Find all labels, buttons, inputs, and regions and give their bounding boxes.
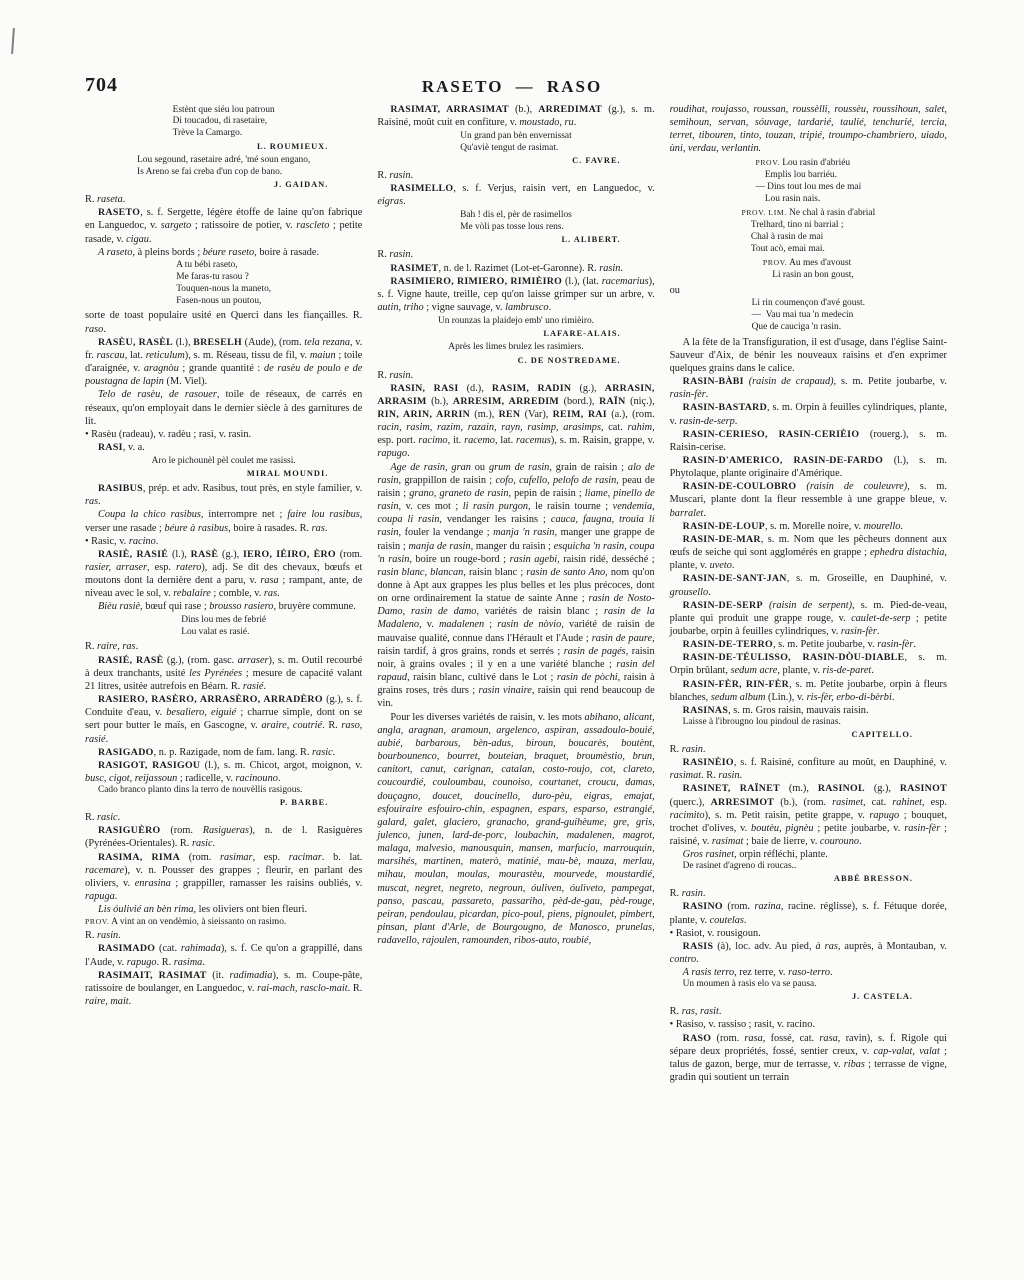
entry-paragraph: A la fête de la Transfiguration, il est …: [670, 336, 947, 375]
verse-lines: A tu bébi raseto,Me faras-tu rasou ?Touq…: [176, 260, 271, 308]
entry-paragraph: RASIÉ, RASÈ (g.), (rom. gasc. arraser), …: [85, 654, 362, 693]
paragraph: roudihat, roujasso, roussan, roussèlli, …: [670, 103, 947, 156]
entry-paragraph: RASINO (rom. razina, racine. réglisse), …: [670, 900, 947, 926]
paragraph: sorte de toast populaire usité en Querci…: [85, 309, 362, 335]
verse-lines: Li rin coumençon d'avé goust.— Vau mai t…: [752, 298, 865, 334]
attribution: ABBÉ BRESSON.: [670, 874, 947, 885]
entry-paragraph: RASIN-BÀBI (raisin de crapaud), s. m. Pe…: [670, 375, 947, 401]
entry-paragraph: RASIMELLO, s. f. Verjus, raisin vert, en…: [377, 182, 654, 208]
dictionary-page: 704 RASETO — RASO Estènt que siéu lou pa…: [0, 0, 1024, 1280]
entry-paragraph: RASIMAIT, RASIMAT (it. radimadia), s. m.…: [85, 969, 362, 1008]
entry-paragraph: RASINET, RAÏNET (m.), RASINOL (g.), RASI…: [670, 782, 947, 848]
entry-paragraph: RASIBUS, prép. et adv. Rasibus, tout prè…: [85, 482, 362, 508]
entry-paragraph: Lis óulivié an bèn rima, les oliviers on…: [85, 903, 362, 916]
paragraph: R. raire, ras.: [85, 640, 362, 653]
verse: Un grand pan bèn envernissatQu'aviè teng…: [377, 131, 654, 155]
attribution: L. ROUMIEUX.: [85, 142, 362, 153]
column-middle: RASIMAT, ARRASIMAT (b.), ARREDIMAT (g.),…: [377, 103, 654, 1084]
entry-paragraph: RASIMIERO, RIMIERO, RIMIÈIRO (l.), (lat.…: [377, 275, 654, 314]
entry-paragraph: RASIN-DE-TERRO, s. m. Petite joubarbe, v…: [670, 638, 947, 651]
entry-paragraph: Telo de rasèu, de rasouer, toile de rése…: [85, 388, 362, 427]
entry-paragraph: RASIN-DE-SERP (raisin de serpent), s. m.…: [670, 599, 947, 638]
verse-lines: PROV. LIM. Ne chal à rasin d'abrial Trel…: [741, 207, 875, 256]
entry-paragraph: RASIMET, n. de l. Razimet (Lot-et-Garonn…: [377, 262, 654, 275]
verse: Estènt que siéu lou patrounDi toucadou, …: [85, 105, 362, 141]
paragraph: R. rasic.: [85, 811, 362, 824]
running-title: RASETO — RASO: [0, 77, 1024, 97]
entry-paragraph: RASIS (à), loc. adv. Au pied, à ras, aup…: [670, 940, 947, 966]
verse-lines: Dins lou mes de febriéLou valat es rasié…: [181, 615, 266, 639]
attribution: J. GAIDAN.: [85, 180, 362, 191]
paragraph: • Rasic, v. racino.: [85, 535, 362, 548]
entry-paragraph: A raseto, à pleins bords ; béure raseto,…: [85, 246, 362, 259]
entry-paragraph: RASIN, RASI (d.), RASIM, RADIN (g.), ARR…: [377, 382, 654, 461]
entry-paragraph: Coupa la chico rasibus, interrompre net …: [85, 508, 362, 534]
verse: Après les limes brulez les rasimiers.: [377, 342, 654, 354]
entry-paragraph: RASINÈIO, s. f. Raisiné, confiture au mo…: [670, 756, 947, 782]
paragraph: R. ras, rasit.: [670, 1005, 947, 1018]
proverb-verse: PROV. Lou rasin d'abriéu Emplis lou barr…: [670, 157, 947, 206]
column-left: Estènt que siéu lou patrounDi toucadou, …: [85, 103, 362, 1084]
paragraph: R. rasin.: [377, 369, 654, 382]
quote: De rasinet d'agreno di roucas..: [670, 861, 947, 873]
verse: Bah ! dis el, pèr de rasimellosMe vòli p…: [377, 210, 654, 234]
verse-lines: PROV. Lou rasin d'abriéu Emplis lou barr…: [755, 157, 861, 206]
entry-paragraph: Age de rasin, gran ou grum de rasin, gra…: [377, 461, 654, 711]
verse: Aro le pichounèl pèl coulet me rasissi.: [85, 456, 362, 468]
entry-paragraph: Pour les diverses variétés de raisin, v.…: [377, 711, 654, 948]
entry-paragraph: RASIÈ, RASIÉ (l.), RASÈ (g.), IERO, IÈIR…: [85, 548, 362, 601]
verse-lines: Lou segound, rasetaire adré, 'mé soun en…: [137, 155, 310, 179]
paragraph: • Rasèu (radeau), v. radèu ; rasi, v. ra…: [85, 428, 362, 441]
attribution: C. FAVRE.: [377, 156, 654, 167]
verse: Li rin coumençon d'avé goust.— Vau mai t…: [670, 298, 947, 334]
attribution: MIRAL MOUNDI.: [85, 469, 362, 480]
entry-paragraph: RASO (rom. rasa, fossé, cat. rasa, ravin…: [670, 1032, 947, 1085]
entry-paragraph: RASINAS, s. m. Gros raisin, mauvais rais…: [670, 704, 947, 717]
attribution: CAPITELLO.: [670, 730, 947, 741]
attribution: L. ALIBERT.: [377, 235, 654, 246]
entry-paragraph: RASIGUÈRO (rom. Rasigueras), n. de l. Ra…: [85, 824, 362, 850]
entry-paragraph: RASIN-FÈR, RIN-FÈR, s. m. Petite joubarb…: [670, 678, 947, 704]
verse-lines: Après les limes brulez les rasimiers.: [448, 342, 583, 354]
entry-paragraph: RASIN-DE-MAR, s. m. Nom que les pêcheurs…: [670, 533, 947, 572]
paragraph: • Rasiso, v. rassiso ; rasit, v. racino.: [670, 1018, 947, 1031]
attribution: C. DE NOSTREDAME.: [377, 356, 654, 367]
verse-lines: Un grand pan bèn envernissatQu'aviè teng…: [460, 131, 571, 155]
proverb-verse: PROV. LIM. Ne chal à rasin d'abrial Trel…: [670, 207, 947, 256]
verse: Un rounzas la plaidejo emb' uno rimièiro…: [377, 316, 654, 328]
conjunction-ou: ou: [670, 284, 947, 297]
proverb: PROV. A vint an on vendèmio, à sieissant…: [85, 916, 362, 929]
quote: Un moumen à rasis elo va se pausa.: [670, 979, 947, 991]
entry-paragraph: RASIGADO, n. p. Razigade, nom de fam. la…: [85, 746, 362, 759]
paragraph: • Rasiot, v. rousigoun.: [670, 927, 947, 940]
paragraph: R. rasin.: [377, 248, 654, 261]
entry-paragraph: RASI, v. a.: [85, 441, 362, 454]
entry-paragraph: RASIN-DE-TÉULISSO, RASIN-DÒU-DIABLE, s. …: [670, 651, 947, 677]
entry-paragraph: RASIMA, RIMA (rom. rasimar, esp. racimar…: [85, 851, 362, 904]
entry-paragraph: RASÈU, RASÈL (l.), BRESELH (Aude), (rom.…: [85, 336, 362, 389]
column-right: roudihat, roujasso, roussan, roussèlli, …: [670, 103, 947, 1084]
entry-paragraph: A rasis terro, rez terre, v. raso-terro.: [670, 966, 947, 979]
entry-paragraph: RASIMAT, ARRASIMAT (b.), ARREDIMAT (g.),…: [377, 103, 654, 129]
paragraph: R. rasin.: [85, 929, 362, 942]
entry-paragraph: RASIN-BASTARD, s. m. Orpin à feuilles cy…: [670, 401, 947, 427]
entry-paragraph: RASETO, s. f. Sergette, légère étoffe de…: [85, 206, 362, 245]
verse: A tu bébi raseto,Me faras-tu rasou ?Touq…: [85, 260, 362, 308]
proverb-verse: PROV. Au mes d'avoust Li rasin an bon go…: [670, 257, 947, 282]
attribution: P. BARBE.: [85, 798, 362, 809]
verse: Dins lou mes de febriéLou valat es rasié…: [85, 615, 362, 639]
entry-paragraph: RASIERO, RASÈRO, ARRASÈRO, ARRADÈRO (g.)…: [85, 693, 362, 746]
verse: Lou segound, rasetaire adré, 'mé soun en…: [85, 155, 362, 179]
verse-lines: Un rounzas la plaidejo emb' uno rimièiro…: [438, 316, 594, 328]
paragraph: R. rasin.: [377, 169, 654, 182]
entry-paragraph: RASIN-DE-COULOBRO (raisin de couleuvre),…: [670, 480, 947, 519]
entry-paragraph: RASIN-DE-SANT-JAN, s. m. Groseille, en D…: [670, 572, 947, 598]
verse-lines: Estènt que siéu lou patrounDi toucadou, …: [173, 105, 275, 141]
entry-paragraph: RASIN-D'AMERICO, RASIN-DE-FARDO (l.), s.…: [670, 454, 947, 480]
entry-paragraph: RASIGOT, RASIGOU (l.), s. m. Chicot, arg…: [85, 759, 362, 785]
quote: Cado branco planto dins la terro de nouv…: [85, 785, 362, 797]
entry-paragraph: RASIN-DE-LOUP, s. m. Morelle noire, v. m…: [670, 520, 947, 533]
text-columns: Estènt que siéu lou patrounDi toucadou, …: [85, 103, 947, 1084]
paragraph: R. rasin.: [670, 887, 947, 900]
verse-lines: Aro le pichounèl pèl coulet me rasissi.: [152, 456, 296, 468]
entry-paragraph: Bièu rasiè, bœuf qui rase ; brousso rasi…: [85, 600, 362, 613]
verse-lines: Bah ! dis el, pèr de rasimellosMe vòli p…: [460, 210, 572, 234]
verse-lines: PROV. Au mes d'avoust Li rasin an bon go…: [763, 257, 854, 282]
attribution: LAFARE-ALAIS.: [377, 329, 654, 340]
entry-paragraph: RASIN-CERIESO, RASIN-CERIÈIO (rouerg.), …: [670, 428, 947, 454]
attribution: J. CASTELA.: [670, 992, 947, 1003]
paragraph: R. rasin.: [670, 743, 947, 756]
scan-artifact: [11, 28, 15, 54]
entry-paragraph: Gros rasinet, orpin réfléchi, plante.: [670, 848, 947, 861]
quote: Laisse à l'ibrougno lou pindoul de rasin…: [670, 717, 947, 729]
paragraph: R. raseta.: [85, 193, 362, 206]
entry-paragraph: RASIMADO (cat. rahimada), s. f. Ce qu'on…: [85, 942, 362, 968]
